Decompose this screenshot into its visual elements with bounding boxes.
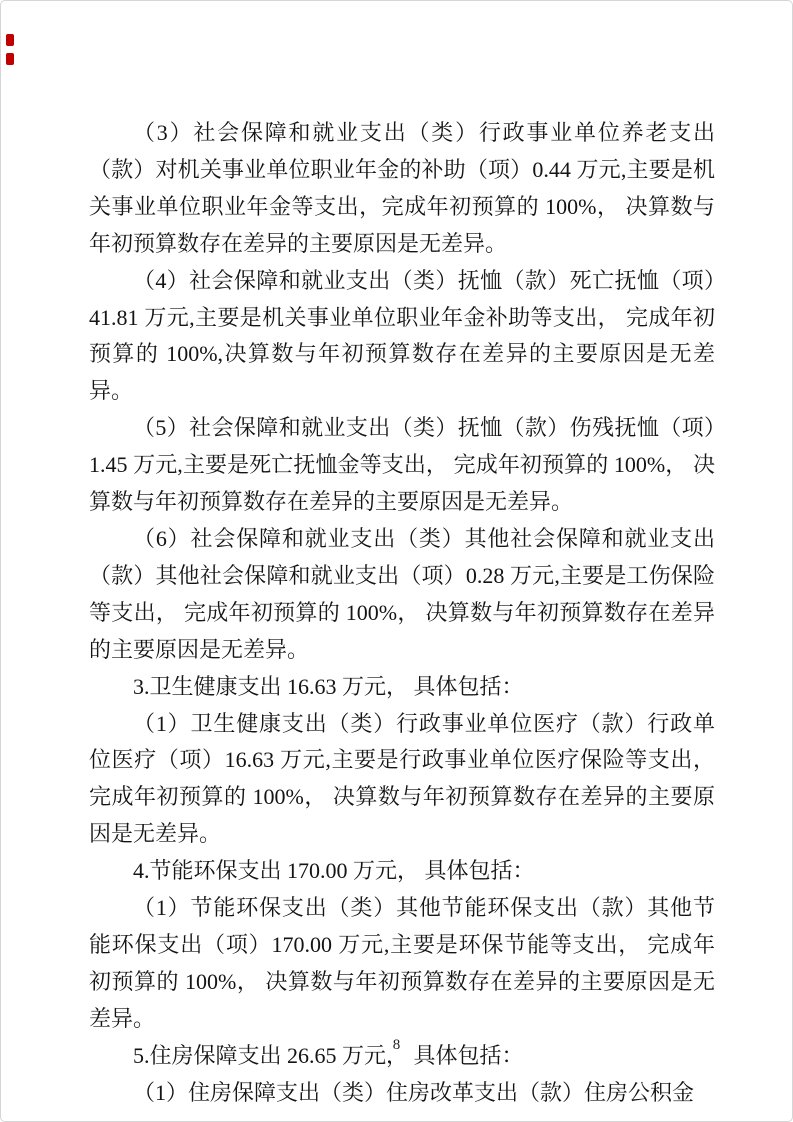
document-body: （3）社会保障和就业支出（类）行政事业单位养老支出（款）对机关事业单位职业年金的… xyxy=(89,115,715,1111)
red-edge-mark xyxy=(6,34,14,46)
page-footer: 8 xyxy=(1,1037,792,1054)
paragraph-energy-conservation-item1: （1）节能环保支出（类）其他节能环保支出（款）其他节能环保支出（项）170.00… xyxy=(89,890,715,1038)
document-page: （3）社会保障和就业支出（类）行政事业单位养老支出（款）对机关事业单位职业年金的… xyxy=(0,0,793,1122)
red-edge-mark xyxy=(6,53,14,65)
paragraph-social-security-item3: （3）社会保障和就业支出（类）行政事业单位养老支出（款）对机关事业单位职业年金的… xyxy=(89,115,715,263)
paragraph-housing-security-item1: （1）住房保障支出（类）住房改革支出（款）住房公积金 xyxy=(89,1075,715,1112)
paragraph-social-security-item5: （5）社会保障和就业支出（类）抚恤（款）伤残抚恤（项）1.45 万元,主要是死亡… xyxy=(89,410,715,521)
page-number: 8 xyxy=(393,1037,401,1053)
paragraph-social-security-item4: （4）社会保障和就业支出（类）抚恤（款）死亡抚恤（项）41.81 万元,主要是机… xyxy=(89,263,715,411)
heading-energy-conservation-expenditure: 4.节能环保支出 170.00 万元， 具体包括： xyxy=(89,853,715,890)
paragraph-health-item1: （1）卫生健康支出（类）行政事业单位医疗（款）行政单位医疗（项）16.63 万元… xyxy=(89,706,715,854)
heading-health-expenditure: 3.卫生健康支出 16.63 万元， 具体包括： xyxy=(89,669,715,706)
paragraph-social-security-item6: （6）社会保障和就业支出（类）其他社会保障和就业支出（款）其他社会保障和就业支出… xyxy=(89,521,715,669)
